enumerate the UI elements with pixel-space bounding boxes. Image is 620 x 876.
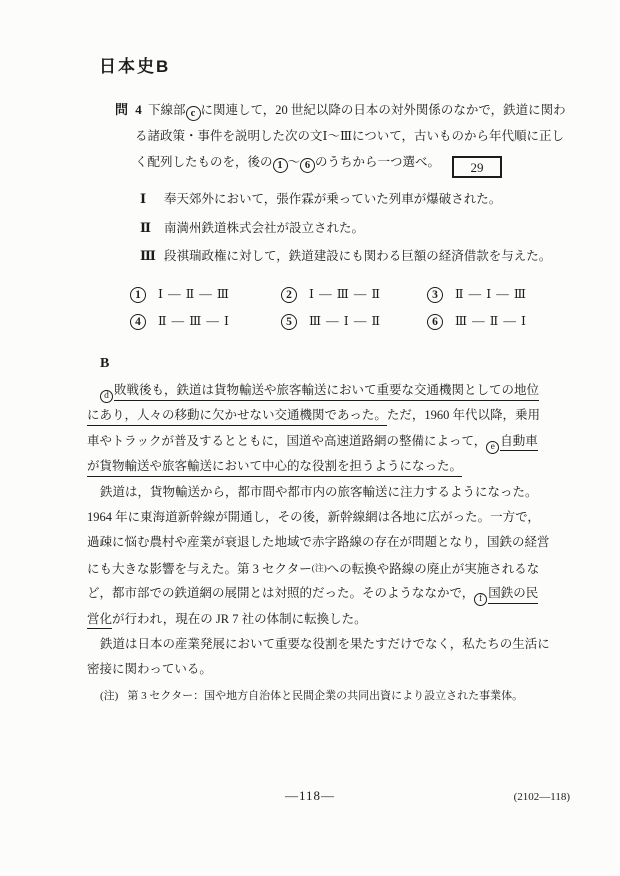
statement-2-numeral: Ⅱ [140, 220, 164, 236]
paragraph1-line4: が貨物輸送や旅客輸送において中心的な役割を担うようになった。 [87, 454, 543, 479]
circled-5-icon: 5 [281, 314, 297, 330]
question-line3-post: のうちから一つ選べ。 [315, 155, 440, 169]
paragraph3-line1: 鉄道は日本の産業発展において重要な役割を果たすだけでなく，私たちの生活に [87, 632, 543, 657]
question-text: 下線部cに関連して，20 世紀以降の日本の対外関係のなかで，鉄道に関わ る諸政策… [135, 97, 595, 178]
question-line-1: 下線部cに関連して，20 世紀以降の日本の対外関係のなかで，鉄道に関わ [135, 97, 595, 123]
underlined-text-e: 自動車 [500, 434, 538, 452]
choice-option-2: 2Ⅰ — Ⅲ — Ⅱ [281, 286, 427, 303]
question-line-2: る諸政策・事件を説明した次の文Ⅰ～Ⅲについて，古いものから年代順に正し [135, 123, 595, 149]
statement-3-numeral: Ⅲ [140, 248, 164, 264]
underlined-text-e-cont: が貨物輸送や旅客輸送において中心的な役割を担うようになった。 [87, 459, 462, 477]
choice-option-4: 4Ⅱ — Ⅲ — Ⅰ [130, 313, 281, 330]
underlined-text-f: 国鉄の民 [488, 586, 538, 604]
note-reference-marker: (注) [312, 563, 327, 573]
paragraph3-line2: 密接に関わっている。 [87, 657, 543, 682]
question-line3-tilde: ～ [288, 155, 301, 169]
circled-d-marker: d [100, 390, 113, 403]
paragraph1-line3: 車やトラックが普及するとともに，国道や高速道路網の整備によって，e自動車 [87, 429, 543, 454]
choice-2-order: Ⅰ — Ⅲ — Ⅱ [309, 287, 381, 301]
circled-6-icon: 6 [427, 314, 443, 330]
footnote: (注)第 3 セクター：国や地方自治体と民間企業の共同出資により設立された事業体… [100, 687, 523, 703]
choice-5-order: Ⅲ — Ⅰ — Ⅱ [309, 314, 381, 328]
statement-1: Ⅰ奉天郊外において，張作霖が乗っていた列車が爆破された。 [140, 189, 551, 218]
circled-e-marker: e [486, 441, 499, 454]
paragraph2-line6-rest: が行われ，現在の JR 7 社の体制に転換した。 [112, 612, 367, 626]
circled-f-marker: f [474, 593, 487, 606]
answer-number-box: 29 [452, 156, 502, 178]
circled-4-icon: 4 [130, 314, 146, 330]
section-b-heading: B [100, 356, 110, 372]
paragraph2-line1: 鉄道は，貨物輸送から，都市間や都市内の旅客輸送に注力するようになった。 [87, 480, 543, 505]
paragraph2-line4-pre: にも大きな影響を与えた。第 3 セクター [87, 562, 312, 576]
choice-4-order: Ⅱ — Ⅲ — Ⅰ [158, 314, 230, 328]
paragraph1-line2: にあり，人々の移動に欠かせない交通機関であった。ただ，1960 年代以降，乗用 [87, 403, 543, 428]
statement-3-text: 段祺瑞政権に対して，鉄道建設にも関わる巨額の経済借款を与えた。 [164, 249, 551, 263]
paragraph2-line6: 営化が行われ，現在の JR 7 社の体制に転換した。 [87, 607, 543, 632]
paragraph1-line2-rest: ただ，1960 年代以降，乗用 [387, 408, 540, 422]
circled-2-icon: 2 [281, 287, 297, 303]
statement-2-text: 南満州鉄道株式会社が設立された。 [164, 221, 364, 235]
footnote-label: (注) [100, 690, 118, 702]
underlined-text-f-cont: 営化 [87, 612, 112, 630]
statement-1-text: 奉天郊外において，張作霖が乗っていた列車が爆破された。 [164, 192, 501, 206]
statement-list: Ⅰ奉天郊外において，張作霖が乗っていた列車が爆破された。 Ⅱ南満州鉄道株式会社が… [140, 189, 551, 275]
underlined-text-d-cont: にあり，人々の移動に欠かせない交通機関であった。 [87, 408, 387, 426]
paragraph2-line2: 1964 年に東海道新幹線が開通し，その後，新幹線網は各地に広がった。一方で， [87, 505, 543, 530]
statement-3: Ⅲ段祺瑞政権に対して，鉄道建設にも関わる巨額の経済借款を与えた。 [140, 246, 551, 275]
circled-6-icon: 6 [300, 158, 315, 173]
question-line1-pre: 下線部 [148, 103, 186, 117]
choice-6-order: Ⅲ — Ⅱ — Ⅰ [455, 314, 527, 328]
statement-1-numeral: Ⅰ [140, 191, 164, 207]
paragraph2-line4-post: への転換や路線の廃止が実施されるな [327, 562, 540, 576]
document-code: (2102—118) [514, 791, 570, 803]
circled-1-icon: 1 [130, 287, 146, 303]
question-line1-post: に関連して，20 世紀以降の日本の対外関係のなかで，鉄道に関わ [201, 103, 566, 117]
paragraph1-line1: d敗戦後も，鉄道は貨物輸送や旅客輸送において重要な交通機関としての地位 [87, 378, 543, 403]
paragraph2-line4: にも大きな影響を与えた。第 3 セクター(注)への転換や路線の廃止が実施されるな [87, 556, 543, 581]
choice-1-order: Ⅰ — Ⅱ — Ⅲ [158, 287, 230, 301]
paragraph2-line5: ど，都市部での鉄道網の展開とは対照的だった。そのようななかで，f国鉄の民 [87, 581, 543, 606]
statement-2: Ⅱ南満州鉄道株式会社が設立された。 [140, 218, 551, 247]
choice-option-1: 1Ⅰ — Ⅱ — Ⅲ [130, 286, 281, 303]
section-b-body: d敗戦後も，鉄道は貨物輸送や旅客輸送において重要な交通機関としての地位 にあり，… [87, 378, 543, 683]
choice-option-3: 3Ⅱ — Ⅰ — Ⅲ [427, 286, 570, 303]
choice-grid: 1Ⅰ — Ⅱ — Ⅲ 2Ⅰ — Ⅲ — Ⅱ 3Ⅱ — Ⅰ — Ⅲ 4Ⅱ — Ⅲ … [130, 286, 570, 330]
choice-option-5: 5Ⅲ — Ⅰ — Ⅱ [281, 313, 427, 330]
paragraph2-line3: 過疎に悩む農村や産業が衰退した地域で赤字路線の存在が問題となり，国鉄の経営 [87, 530, 543, 555]
paragraph2-line5-pre: ど，都市部での鉄道網の展開とは対照的だった。そのようななかで， [87, 586, 474, 600]
page-title: 日本史B [99, 52, 170, 77]
footnote-text: 第 3 セクター：国や地方自治体と民間企業の共同出資により設立された事業体。 [127, 690, 523, 702]
circled-1-icon: 1 [273, 158, 288, 173]
question-line3-pre: く配列したものを，後の [135, 155, 273, 169]
exam-page: 日本史B 問 4 下線部cに関連して，20 世紀以降の日本の対外関係のなかで，鉄… [0, 0, 620, 876]
question-line-3: く配列したものを，後の1～6のうちから一つ選べ。29 [135, 149, 595, 178]
choice-option-6: 6Ⅲ — Ⅱ — Ⅰ [427, 313, 570, 330]
choice-3-order: Ⅱ — Ⅰ — Ⅲ [455, 287, 527, 301]
circled-c-reference: c [186, 106, 201, 121]
underlined-text-d: 敗戦後も，鉄道は貨物輸送や旅客輸送において重要な交通機関としての地位 [114, 383, 539, 401]
paragraph1-line3-pre: 車やトラックが普及するとともに，国道や高速道路網の整備によって， [87, 434, 486, 448]
circled-3-icon: 3 [427, 287, 443, 303]
